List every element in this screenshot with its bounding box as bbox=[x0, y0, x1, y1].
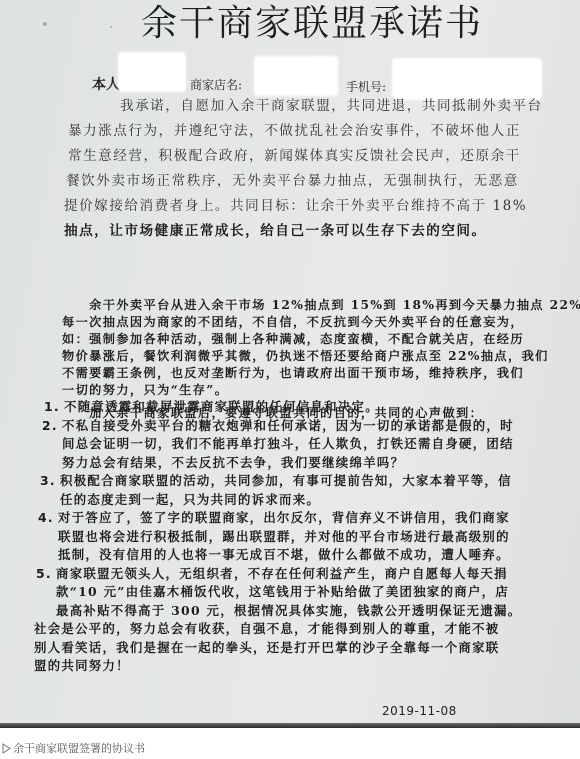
rule-text: 努力总会有结果，不去反抗不去争，我们要继续绵羊吗？ bbox=[42, 454, 521, 473]
play-triangle-icon bbox=[2, 743, 11, 754]
commitment-paragraph: 我承诺，自愿加入余干商家联盟，共同进退，共同抵制外卖平台 暴力涨点行为，并遵纪守… bbox=[92, 94, 543, 244]
document-title: 余干商家联盟承诺书 bbox=[22, 0, 580, 48]
rule-text: 联盟也将会进行积极抵制，踢出联盟群，并对他的平台市场进行最高级别的 bbox=[38, 528, 521, 547]
text-line: 别人看笑话，我们是握在一起的拳头，还是打开巴掌的沙子全靠每一个商家联 bbox=[34, 639, 521, 658]
text-line: 不需要霸王条例，也反对垄断行为，也请政府出面干预市场，维持秩序，我们 bbox=[62, 365, 580, 382]
image-caption: 余干商家联盟签署的协议书 bbox=[2, 740, 145, 756]
text-line: 提价嫁接给消费者身上。共同目标：让余干外卖平台维持不高于 18% bbox=[64, 194, 543, 219]
rule-item-4: 4.对于答应了，签了字的联盟商家，出尔反尔，背信弃义不讲信用，我们商家 联盟也将… bbox=[38, 509, 521, 565]
text-line: 每一次抽点因为商家的不团结，不自信，不反抗到今天外卖平台的任意妄为， bbox=[62, 314, 580, 331]
caption-text: 余干商家联盟签署的协议书 bbox=[13, 740, 145, 756]
text-line: 我承诺，自愿加入余干商家联盟，共同进退，共同抵制外卖平台 bbox=[92, 94, 543, 119]
shop-name-label: 商家店名: bbox=[190, 76, 242, 93]
rule-number: 1. bbox=[44, 398, 64, 417]
text-line: 如：强制参加各种活动，强制上各种满减，态度蛮横，不配合就关店，在经历 bbox=[62, 331, 580, 348]
text-line: 暴力涨点行为，并遵纪守法，不做扰乱社会治安事件，不破坏他人正 bbox=[68, 119, 543, 144]
rule-text: 间总会证明一切，我们不能再单打独斗，任人欺负，打铁还需自身硬，团结 bbox=[42, 435, 521, 454]
text-line-emphasis: 抽点，让市场健康正常成长，给自己一条可以生存下去的空间。 bbox=[64, 219, 543, 244]
rule-item-2: 2.不私自接受外卖平台的糖衣炮弹和任何承诺，因为一切的承诺都是假的，时 间总会证… bbox=[42, 417, 521, 473]
text-line: 盟的共同努力！ bbox=[34, 657, 521, 676]
rule-number: 3. bbox=[40, 472, 60, 491]
redacted-shop-name bbox=[254, 56, 338, 96]
rule-text: 不私自接受外卖平台的糖衣炮弹和任何承诺，因为一切的承诺都是假的，时 bbox=[62, 418, 514, 433]
rule-number: 5. bbox=[36, 565, 56, 584]
text-line: 餐饮外卖市场正常秩序，无外卖平台暴力抽点，无强制执行，无恶意 bbox=[66, 169, 543, 194]
name-label: 本人 bbox=[92, 74, 120, 94]
text-line: 常生意经营，积极配合政府，新闻媒体真实反馈社会民声，还原余干 bbox=[68, 144, 543, 169]
rule-number: 4. bbox=[38, 509, 58, 528]
rule-text: 款“10 元”由佳嘉木桶饭代收，这笔钱用于补贴给做了美团独家的商户，店 bbox=[36, 583, 521, 602]
rule-item-3: 3.积极配合商家联盟的活动，共同参加，有事可提前告知，大家本着平等，信 任的态度… bbox=[40, 472, 521, 509]
rule-text: 最高补贴不得高于 300 元，根据情况具体实施，钱款公开透明保证无遗漏。 bbox=[36, 602, 521, 621]
rule-text: 任的态度走到一起，只为共同的诉求而来。 bbox=[40, 491, 521, 510]
text-line: 余干外卖平台从进入余干市场 12%抽点到 15%到 18%再到今天暴力抽点 22… bbox=[62, 297, 580, 314]
rule-text: 对于答应了，签了字的联盟商家，出尔反尔，背信弃义不讲信用，我们商家 bbox=[58, 510, 510, 525]
phone-label: 手机号: bbox=[346, 78, 386, 95]
rules-list: 1.不随意透露和截屏泄露商家联盟的任何信息和决定。 2.不私自接受外卖平台的糖衣… bbox=[34, 398, 521, 676]
rule-number: 2. bbox=[42, 417, 62, 436]
rule-text: 抵制，没有信用的人也将一事无成百不堪，做什么都做不成功，遭人唾弃。 bbox=[38, 546, 521, 565]
rule-text: 积极配合商家联盟的活动，共同参加，有事可提前告知，大家本着平等，信 bbox=[60, 473, 512, 488]
closing-paragraph: 社会是公平的，努力总会有收获，自强不息，才能得到别人的尊重，才能不被 别人看笑话… bbox=[34, 620, 521, 676]
document-photo: 余干商家联盟承诺书 本人 商家店名: 手机号: 我承诺，自愿加入余干商家联盟，共… bbox=[0, 0, 580, 728]
photo-edge bbox=[0, 723, 580, 728]
redacted-name bbox=[118, 52, 186, 92]
rule-item-5: 5.商家联盟无领头人，无组织者，不存在任何利益产生，商户自愿每人每天捐 款“10… bbox=[36, 565, 521, 621]
rule-text: 商家联盟无领头人，无组织者，不存在任何利益产生，商户自愿每人每天捐 bbox=[56, 566, 508, 581]
document-date: 2019-11-08 bbox=[382, 704, 457, 718]
rule-item-1: 1.不随意透露和截屏泄露商家联盟的任何信息和决定。 bbox=[44, 398, 521, 417]
text-line: 社会是公平的，努力总会有收获，自强不息，才能得到别人的尊重，才能不被 bbox=[34, 620, 521, 639]
text-line: 物价暴涨后，餐饮利润微乎其微，仍执迷不悟还要给商户涨点至 22%抽点，我们 bbox=[62, 348, 580, 365]
rule-text: 不随意透露和截屏泄露商家联盟的任何信息和决定。 bbox=[64, 399, 379, 414]
text-line: 一切的努力，只为“生存”。 bbox=[62, 382, 580, 399]
